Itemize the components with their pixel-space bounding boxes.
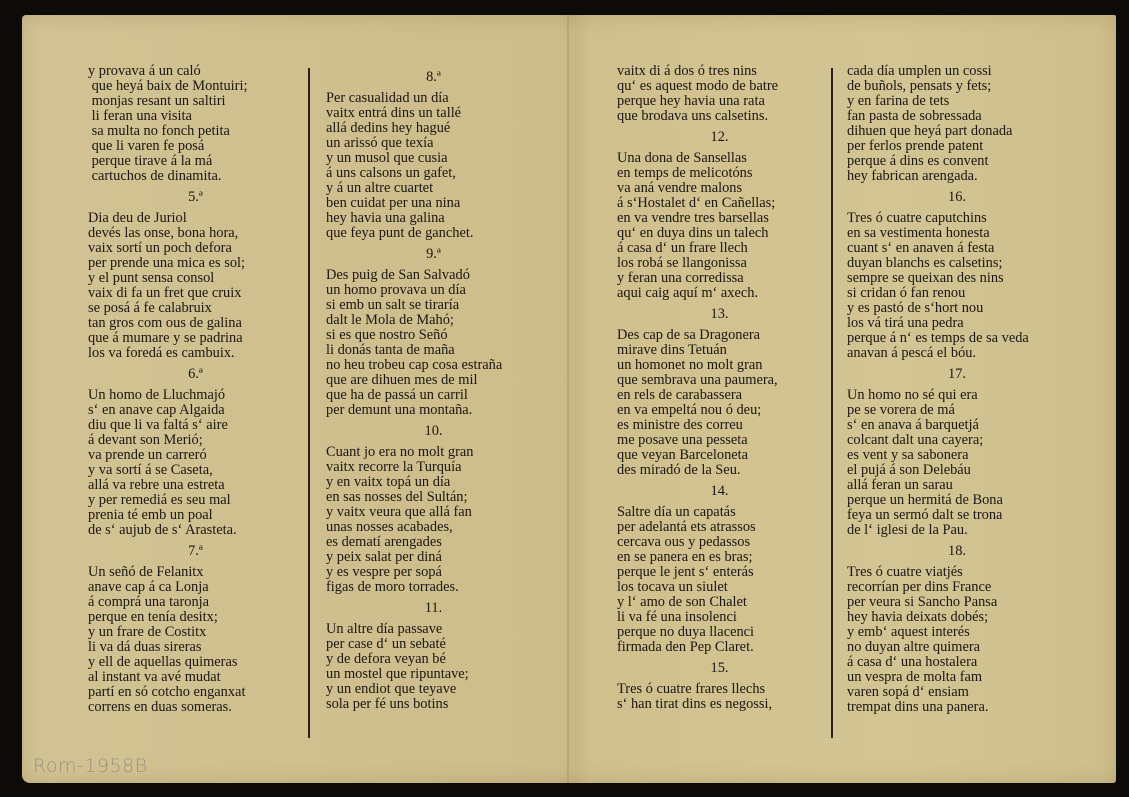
verse-line: cartuchos de dinamita. bbox=[88, 169, 303, 184]
verse-line: perque le jent s‘ enterás bbox=[617, 565, 822, 580]
verse-line: se posá á fe calabruix bbox=[88, 301, 303, 316]
verse-line: de s‘ aujub de s‘ Arasteta. bbox=[88, 523, 303, 538]
verse-line: y el punt sensa consol bbox=[88, 271, 303, 286]
verse-line: y es vespre per sopá bbox=[326, 565, 541, 580]
verse-line: aqui caig aquí m‘ axech. bbox=[617, 286, 822, 301]
verse-line: á devant son Merió; bbox=[88, 433, 303, 448]
verse-line: en sa vestimenta honesta bbox=[847, 226, 1067, 241]
verse-line: y un endiot que teyave bbox=[326, 682, 541, 697]
stanza: Un señó de Felanitxanave cap á ca Lonjaá… bbox=[88, 565, 303, 715]
verse-line: á uns calsons un gafet, bbox=[326, 166, 541, 181]
verse-line: figas de moro torrades. bbox=[326, 580, 541, 595]
verse-line: partí en só cotcho enganxat bbox=[88, 685, 303, 700]
verse-line: no duyan altre quimera bbox=[847, 640, 1067, 655]
verse-line: y es pastó de s‘hort nou bbox=[847, 301, 1067, 316]
stanza-number: 17. bbox=[847, 367, 1067, 382]
verse-line: li va fé una insolenci bbox=[617, 610, 822, 625]
verse-line: perque no duya llacenci bbox=[617, 625, 822, 640]
verse-line: un vespra de molta fam bbox=[847, 670, 1067, 685]
column-divider-right-page bbox=[831, 68, 833, 738]
verse-line: Un señó de Felanitx bbox=[88, 565, 303, 580]
column-3: vaitx di á dos ó tres ninsqu‘ es aquest … bbox=[617, 64, 822, 712]
verse-line: el pujá á son Delebáu bbox=[847, 463, 1067, 478]
verse-line: Des puig de San Salvadó bbox=[326, 268, 541, 283]
verse-line: y emb‘ aquest interés bbox=[847, 625, 1067, 640]
stanza: Un homo de Lluchmajós‘ en anave cap Alga… bbox=[88, 388, 303, 538]
verse-line: cada día umplen un cossi bbox=[847, 64, 1067, 79]
verse-line: y provava á un caló bbox=[88, 64, 303, 79]
column-divider-left-page bbox=[308, 68, 310, 738]
verse-line: y peix salat per diná bbox=[326, 550, 541, 565]
verse-line: anavan á pescá el bóu. bbox=[847, 346, 1067, 361]
verse-line: dalt le Mola de Mahó; bbox=[326, 313, 541, 328]
verse-line: sola per fé uns botins bbox=[326, 697, 541, 712]
verse-line: s‘ han tirat dins es negossi, bbox=[617, 697, 822, 712]
stanza: Tres ó cuatre caputchinsen sa vestimenta… bbox=[847, 211, 1067, 361]
column-2: 8.ªPer casualidad un díavaitx entrá dins… bbox=[326, 64, 541, 712]
verse-line: Una dona de Sansellas bbox=[617, 151, 822, 166]
verse-line: perque á dins es convent bbox=[847, 154, 1067, 169]
verse-line: y vaitx veura que allá fan bbox=[326, 505, 541, 520]
verse-line: al instant va avé mudat bbox=[88, 670, 303, 685]
verse-line: perque hey havia una rata bbox=[617, 94, 822, 109]
verse-line: Un homo de Lluchmajó bbox=[88, 388, 303, 403]
verse-line: en va vendre tres barsellas bbox=[617, 211, 822, 226]
verse-line: Saltre día un capatás bbox=[617, 505, 822, 520]
verse-line: en va empeltá nou ó deu; bbox=[617, 403, 822, 418]
verse-line: un homonet no molt gran bbox=[617, 358, 822, 373]
stanza-number: 6.ª bbox=[88, 367, 303, 382]
stanza: Saltre día un capatásper adelantá ets at… bbox=[617, 505, 822, 655]
stanza: Tres ó cuatre viatjésrecorrían per dins … bbox=[847, 565, 1067, 715]
verse-line: per case d‘ un sebaté bbox=[326, 637, 541, 652]
archive-stamp: Rom-1958B bbox=[33, 755, 148, 777]
verse-line: vaix di fa un fret que cruix bbox=[88, 286, 303, 301]
verse-line: qu‘ en duya dins un talech bbox=[617, 226, 822, 241]
verse-line: Tres ó cuatre caputchins bbox=[847, 211, 1067, 226]
stanza-number: 12. bbox=[617, 130, 822, 145]
verse-line: que ha de passá un carril bbox=[326, 388, 541, 403]
stanza-number: 13. bbox=[617, 307, 822, 322]
verse-line: trempat dins una panera. bbox=[847, 700, 1067, 715]
verse-line: va aná vendre malons bbox=[617, 181, 822, 196]
verse-line: si cridan ó fan renou bbox=[847, 286, 1067, 301]
verse-line: feya un sermó dalt se trona bbox=[847, 508, 1067, 523]
column-1: y provava á un caló que heyá baix de Mon… bbox=[88, 64, 303, 715]
verse-line: y per remediá es seu mal bbox=[88, 493, 303, 508]
stanza-number: 11. bbox=[326, 601, 541, 616]
verse-line: que feya punt de ganchet. bbox=[326, 226, 541, 241]
verse-line: prenia té emb un poal bbox=[88, 508, 303, 523]
verse-line: devés las onse, bona hora, bbox=[88, 226, 303, 241]
verse-line: allá va rebre una estreta bbox=[88, 478, 303, 493]
verse-line: qu‘ es aquest modo de batre bbox=[617, 79, 822, 94]
verse-line: cuant s‘ en anaven á festa bbox=[847, 241, 1067, 256]
verse-line: que li varen fe posá bbox=[88, 139, 303, 154]
verse-line: diu que li va faltá s‘ aire bbox=[88, 418, 303, 433]
verse-line: en se panera en es bras; bbox=[617, 550, 822, 565]
stanza-number: 10. bbox=[326, 424, 541, 439]
verse-line: vaix sortí un poch defora bbox=[88, 241, 303, 256]
verse-line: pe se vorera de má bbox=[847, 403, 1067, 418]
stanza: Des cap de sa Dragoneramirave dins Tetuá… bbox=[617, 328, 822, 478]
stanza-number: 16. bbox=[847, 190, 1067, 205]
verse-line: per ferlos prende patent bbox=[847, 139, 1067, 154]
verse-line: si emb un salt se tiraría bbox=[326, 298, 541, 313]
verse-line: hey havia deixats dobés; bbox=[847, 610, 1067, 625]
stanza-continuation: y provava á un caló que heyá baix de Mon… bbox=[88, 64, 303, 184]
verse-line: li donás tanta de maña bbox=[326, 343, 541, 358]
verse-line: perque un hermitá de Bona bbox=[847, 493, 1067, 508]
verse-line: s‘ en anava á barquetjá bbox=[847, 418, 1067, 433]
verse-line: recorrían per dins France bbox=[847, 580, 1067, 595]
verse-line: Un homo no sé qui era bbox=[847, 388, 1067, 403]
verse-line: los va foredá es cambuix. bbox=[88, 346, 303, 361]
verse-line: y ell de aquellas quimeras bbox=[88, 655, 303, 670]
verse-line: Dia deu de Juriol bbox=[88, 211, 303, 226]
verse-line: que sembrava una paumera, bbox=[617, 373, 822, 388]
verse-line: anave cap á ca Lonja bbox=[88, 580, 303, 595]
verse-line: es dematí arengades bbox=[326, 535, 541, 550]
verse-line: á comprá una taronja bbox=[88, 595, 303, 610]
verse-line: y en farina de tets bbox=[847, 94, 1067, 109]
verse-line: en rels de carabassera bbox=[617, 388, 822, 403]
stanza-number: 15. bbox=[617, 661, 822, 676]
verse-line: li va dá duas sireras bbox=[88, 640, 303, 655]
verse-line: varen sopá d‘ ensiam bbox=[847, 685, 1067, 700]
verse-line: perque tirave á la má bbox=[88, 154, 303, 169]
verse-line: y va sortí á se Caseta, bbox=[88, 463, 303, 478]
verse-line: va prende un carreró bbox=[88, 448, 303, 463]
verse-line: firmada den Pep Claret. bbox=[617, 640, 822, 655]
verse-line: perque en tenía desitx; bbox=[88, 610, 303, 625]
verse-line: no heu trobeu cap cosa estraña bbox=[326, 358, 541, 373]
column-4: cada día umplen un cosside buñols, pensa… bbox=[847, 64, 1067, 715]
verse-line: perque á n‘ es temps de sa veda bbox=[847, 331, 1067, 346]
stanza-number: 8.ª bbox=[326, 70, 541, 85]
verse-line: li feran una visita bbox=[88, 109, 303, 124]
stanza-number: 14. bbox=[617, 484, 822, 499]
verse-line: dihuen que heyá part donada bbox=[847, 124, 1067, 139]
verse-line: y un frare de Costitx bbox=[88, 625, 303, 640]
verse-line: des miradó de la Seu. bbox=[617, 463, 822, 478]
verse-line: que heyá baix de Montuiri; bbox=[88, 79, 303, 94]
verse-line: monjas resant un saltiri bbox=[88, 94, 303, 109]
verse-line: es ministre des correu bbox=[617, 418, 822, 433]
verse-line: correns en duas someras. bbox=[88, 700, 303, 715]
verse-line: vaitx entrá dins un tallé bbox=[326, 106, 541, 121]
verse-line: los tocava un siulet bbox=[617, 580, 822, 595]
verse-line: per adelantá ets atrassos bbox=[617, 520, 822, 535]
verse-line: tan gros com ous de galina bbox=[88, 316, 303, 331]
verse-line: Per casualidad un día bbox=[326, 91, 541, 106]
verse-line: vaitx recorre la Turquía bbox=[326, 460, 541, 475]
verse-line: Un altre día passave bbox=[326, 622, 541, 637]
verse-line: si es que nostro Señó bbox=[326, 328, 541, 343]
verse-line: Tres ó cuatre frares llechs bbox=[617, 682, 822, 697]
verse-line: á casa d‘ una hostalera bbox=[847, 655, 1067, 670]
verse-line: cercava ous y pedassos bbox=[617, 535, 822, 550]
verse-line: allá feran un sarau bbox=[847, 478, 1067, 493]
stanza: Cuant jo era no molt granvaitx recorre l… bbox=[326, 445, 541, 595]
page-fold bbox=[567, 15, 569, 783]
verse-line: de buñols, pensats y fets; bbox=[847, 79, 1067, 94]
verse-line: y l‘ amo de son Chalet bbox=[617, 595, 822, 610]
verse-line: en temps de melicotóns bbox=[617, 166, 822, 181]
verse-line: de l‘ iglesi de la Pau. bbox=[847, 523, 1067, 538]
verse-line: me posave una pesseta bbox=[617, 433, 822, 448]
verse-line: sempre se queixan des nins bbox=[847, 271, 1067, 286]
verse-line: y feran una corredissa bbox=[617, 271, 822, 286]
verse-line: y en vaitx topá un día bbox=[326, 475, 541, 490]
verse-line: per prende una mica es sol; bbox=[88, 256, 303, 271]
verse-line: en sas nosses del Sultán; bbox=[326, 490, 541, 505]
verse-line: s‘ en anave cap Algaida bbox=[88, 403, 303, 418]
verse-line: un mostel que ripuntave; bbox=[326, 667, 541, 682]
stanza-number: 5.ª bbox=[88, 190, 303, 205]
verse-line: hey fabrican arengada. bbox=[847, 169, 1067, 184]
verse-line: que veyan Barceloneta bbox=[617, 448, 822, 463]
stanza: Des puig de San Salvadóun homo provava u… bbox=[326, 268, 541, 418]
stanza: Una dona de Sansellasen temps de melicot… bbox=[617, 151, 822, 301]
verse-line: un homo provava un día bbox=[326, 283, 541, 298]
verse-line: Des cap de sa Dragonera bbox=[617, 328, 822, 343]
verse-line: un arissó que texía bbox=[326, 136, 541, 151]
stanza-continuation: cada día umplen un cosside buñols, pensa… bbox=[847, 64, 1067, 184]
stanza-number: 7.ª bbox=[88, 544, 303, 559]
verse-line: y de defora veyan bé bbox=[326, 652, 541, 667]
verse-line: los vá tirá una pedra bbox=[847, 316, 1067, 331]
verse-line: unas nosses acabades, bbox=[326, 520, 541, 535]
stanza: Dia deu de Jurioldevés las onse, bona ho… bbox=[88, 211, 303, 361]
stanza: Tres ó cuatre frares llechss‘ han tirat … bbox=[617, 682, 822, 712]
verse-line: y un musol que cusia bbox=[326, 151, 541, 166]
verse-line: sa multa no fonch petita bbox=[88, 124, 303, 139]
verse-line: que brodava uns calsetins. bbox=[617, 109, 822, 124]
stanza-continuation: vaitx di á dos ó tres ninsqu‘ es aquest … bbox=[617, 64, 822, 124]
verse-line: duyan blanchs es calsetins; bbox=[847, 256, 1067, 271]
verse-line: mirave dins Tetuán bbox=[617, 343, 822, 358]
verse-line: per demunt una montaña. bbox=[326, 403, 541, 418]
stanza-number: 18. bbox=[847, 544, 1067, 559]
verse-line: colcant dalt una cayera; bbox=[847, 433, 1067, 448]
verse-line: es vent y sa sabonera bbox=[847, 448, 1067, 463]
verse-line: allá dedins hey hagué bbox=[326, 121, 541, 136]
verse-line: Tres ó cuatre viatjés bbox=[847, 565, 1067, 580]
verse-line: á s‘Hostalet d‘ en Cañellas; bbox=[617, 196, 822, 211]
verse-line: á casa d‘ un frare llech bbox=[617, 241, 822, 256]
verse-line: per veura si Sancho Pansa bbox=[847, 595, 1067, 610]
verse-line: fan pasta de sobressada bbox=[847, 109, 1067, 124]
verse-line: hey havia una galina bbox=[326, 211, 541, 226]
stanza: Un altre día passaveper case d‘ un sebat… bbox=[326, 622, 541, 712]
verse-line: Cuant jo era no molt gran bbox=[326, 445, 541, 460]
stanza: Un homo no sé qui erape se vorera de más… bbox=[847, 388, 1067, 538]
verse-line: los robá se llangonissa bbox=[617, 256, 822, 271]
verse-line: ben cuidat per una nina bbox=[326, 196, 541, 211]
verse-line: vaitx di á dos ó tres nins bbox=[617, 64, 822, 79]
stanza: Per casualidad un díavaitx entrá dins un… bbox=[326, 91, 541, 241]
verse-line: y á un altre cuartet bbox=[326, 181, 541, 196]
verse-line: que á mumare y se padrina bbox=[88, 331, 303, 346]
stanza-number: 9.ª bbox=[326, 247, 541, 262]
verse-line: que are dihuen mes de mil bbox=[326, 373, 541, 388]
